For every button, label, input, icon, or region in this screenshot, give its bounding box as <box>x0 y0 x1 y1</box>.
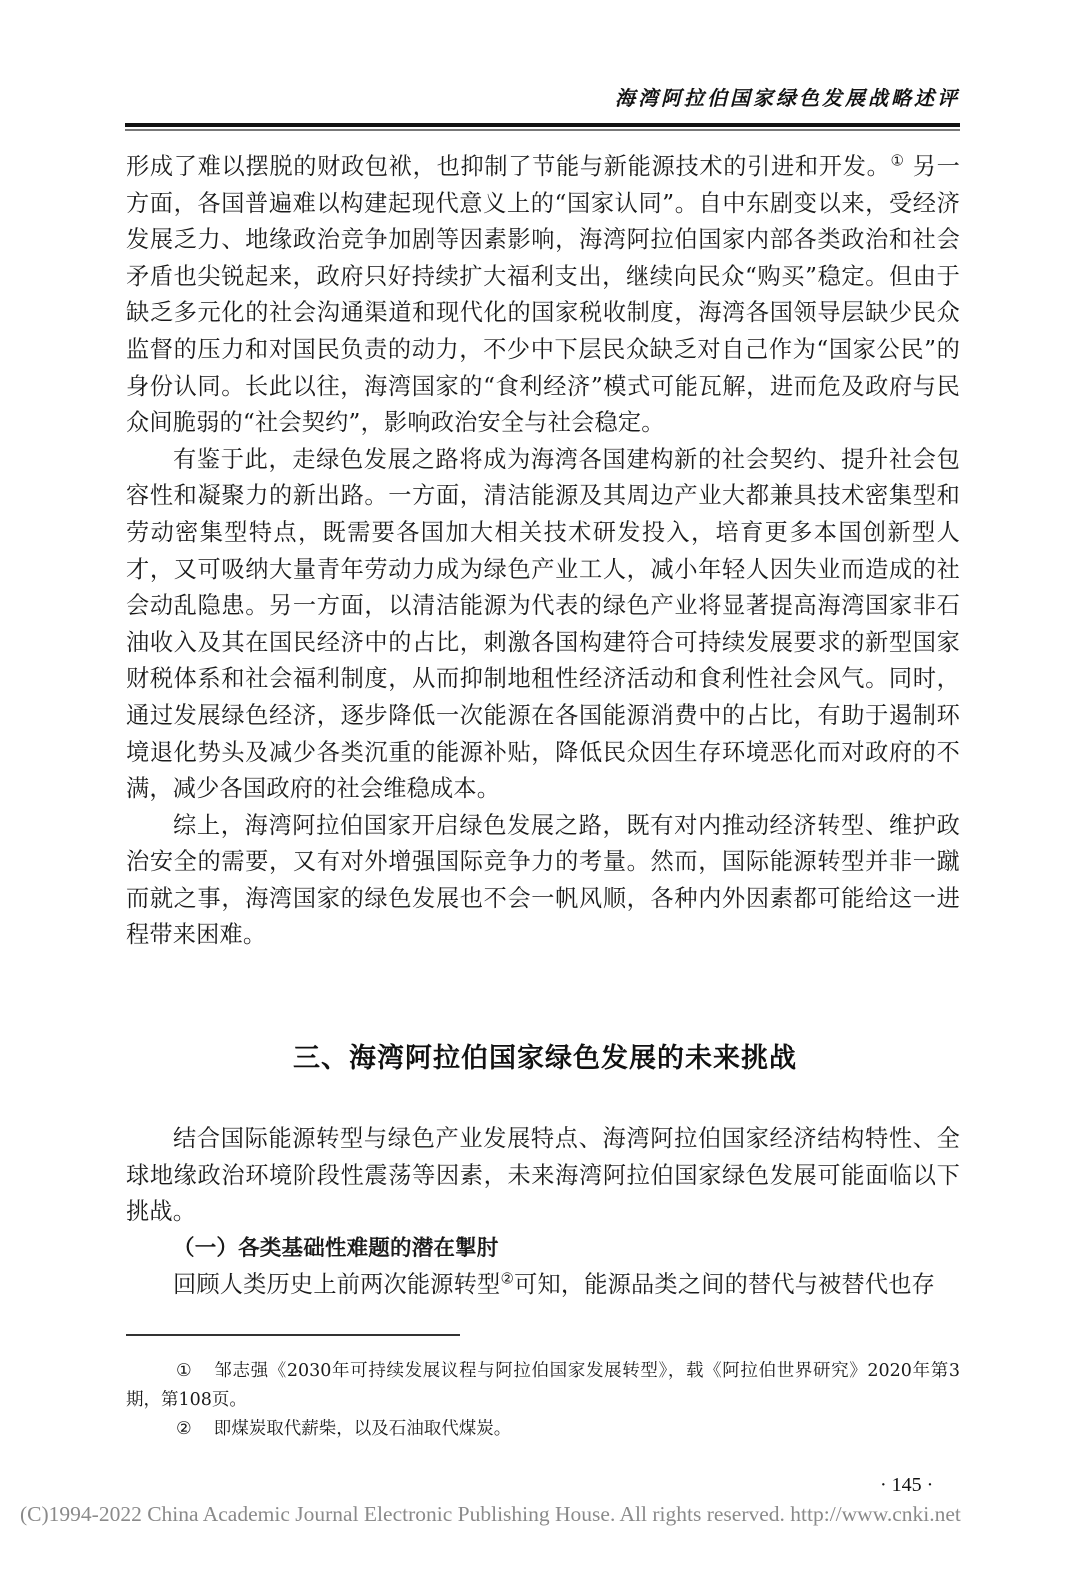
header-rule-thin <box>125 129 960 131</box>
paragraph-continuation: 形成了难以摆脱的财政包袱，也抑制了节能与新能源技术的引进和开发。① 另一方面，各… <box>126 149 960 442</box>
footnote-2: ②即煤炭取代薪柴，以及石油取代煤炭。 <box>126 1415 960 1444</box>
paragraph-text: 可知，能源品类之间的替代与被替代也存 <box>514 1271 935 1298</box>
paragraph-text: 另一方面，各国普遍难以构建起现代意义上的“国家认同”。自中东剧变以来，受经济发展… <box>126 153 960 436</box>
paragraph-summary: 综上，海湾阿拉伯国家开启绿色发展之路，既有对内推动经济转型、维护政治安全的需要，… <box>126 808 960 954</box>
footnote-mark: ② <box>176 1419 192 1439</box>
body-text-upper: 形成了难以摆脱的财政包袱，也抑制了节能与新能源技术的引进和开发。① 另一方面，各… <box>126 149 960 954</box>
paragraph-energy-transition: 回顾人类历史上前两次能源转型②可知，能源品类之间的替代与被替代也存 <box>126 1267 960 1304</box>
paragraph-text: 形成了难以摆脱的财政包袱，也抑制了节能与新能源技术的引进和开发。 <box>126 153 890 180</box>
section-heading: 三、海湾阿拉伯国家绿色发展的未来挑战 <box>0 1036 1090 1075</box>
body-text-lower: 结合国际能源转型与绿色产业发展特点、海湾阿拉伯国家经济结构特性、全球地缘政治环境… <box>126 1121 960 1304</box>
running-header-title: 海湾阿拉伯国家绿色发展战略述评 <box>125 82 960 111</box>
paragraph-green-development-path: 有鉴于此，走绿色发展之路将成为海湾各国建构新的社会契约、提升社会包容性和凝聚力的… <box>126 442 960 808</box>
header-rule-thick <box>125 123 960 127</box>
footnote-mark: ① <box>176 1361 192 1381</box>
footnote-reference-2[interactable]: ② <box>500 1270 514 1288</box>
footnote-separator <box>126 1334 460 1336</box>
footnotes: ①邹志强《2030年可持续发展议程与阿拉伯国家发展转型》，载《阿拉伯世界研究》2… <box>126 1357 960 1444</box>
footnote-reference-1[interactable]: ① <box>890 151 904 169</box>
page-number: · 145 · <box>880 1474 933 1497</box>
copyright-notice: (C)1994-2022 China Academic Journal Elec… <box>20 1502 961 1527</box>
paragraph-text: 回顾人类历史上前两次能源转型 <box>173 1271 500 1298</box>
subsection-heading: （一）各类基础性难题的潜在掣肘 <box>126 1231 960 1268</box>
section-intro-paragraph: 结合国际能源转型与绿色产业发展特点、海湾阿拉伯国家经济结构特性、全球地缘政治环境… <box>126 1121 960 1231</box>
footnote-text: 即煤炭取代薪柴，以及石油取代煤炭。 <box>214 1419 512 1439</box>
footnote-1: ①邹志强《2030年可持续发展议程与阿拉伯国家发展转型》，载《阿拉伯世界研究》2… <box>126 1357 960 1415</box>
footnote-text: 邹志强《2030年可持续发展议程与阿拉伯国家发展转型》，载《阿拉伯世界研究》20… <box>126 1361 960 1410</box>
